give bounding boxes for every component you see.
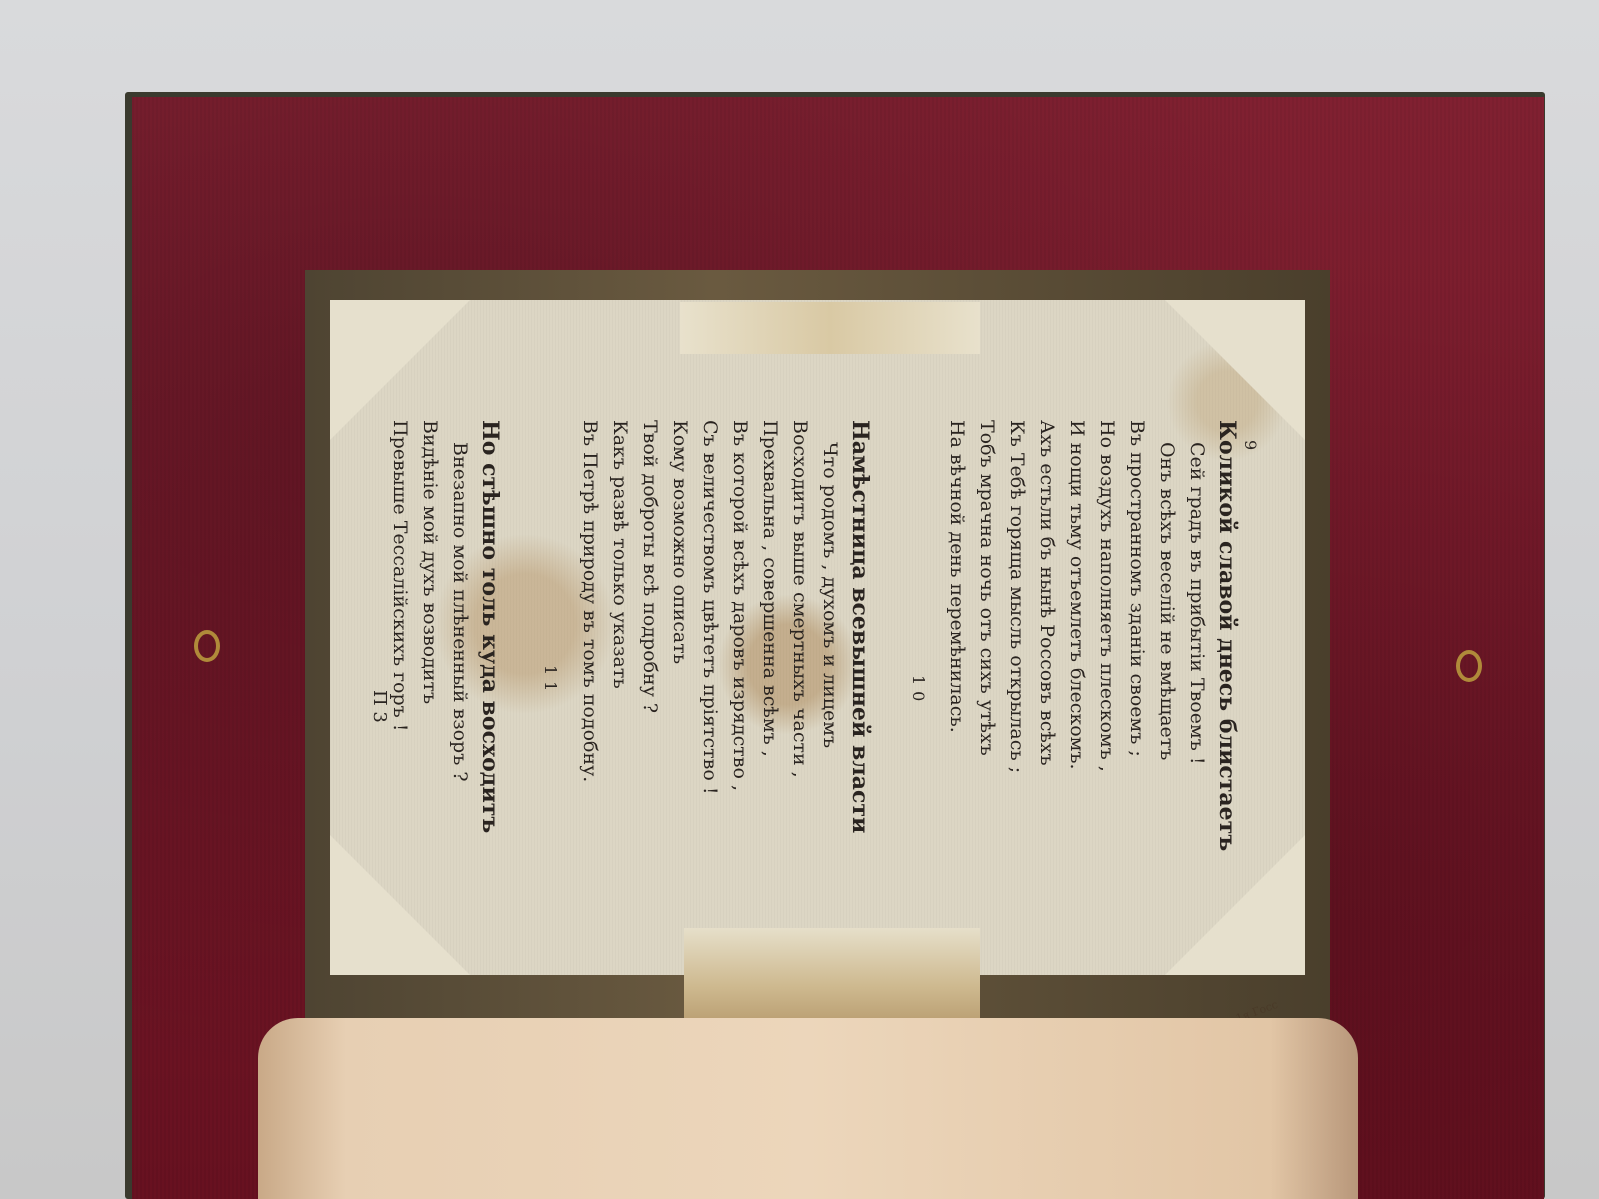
page-number: 9: [1241, 440, 1260, 456]
page-marker-10: 10: [909, 675, 928, 707]
verse-line: Коликой славой днесь блистаетъ: [1212, 420, 1242, 851]
verse-line: Ахъ естьли бъ нынѣ Россовъ всѣхъ: [1032, 420, 1062, 851]
signature-mark: П 3: [369, 690, 390, 723]
page-number: 11: [541, 665, 560, 697]
verse-line: Въ Петрѣ природу въ томъ подобну.: [575, 420, 605, 833]
verse-line: Онъ всѣхъ веселій не вмѣщаетъ: [1152, 420, 1182, 851]
verse-line: Но воздухъ наполняетъ плескомъ ,: [1092, 420, 1122, 851]
verse-line: Намѣстница всевышней власти: [845, 420, 875, 833]
verse-line: Внезапно мой плѣненный взоръ ?: [445, 420, 475, 833]
brass-hook-icon: [1456, 650, 1482, 682]
brass-hook-icon: [194, 630, 220, 662]
stanza-3: Но стѣшно толь куда восходитъ Внезапно м…: [385, 420, 505, 833]
page-number: 10: [909, 675, 928, 707]
verse-line: Съ величествомъ цвѣтетъ пріятство !: [695, 420, 725, 833]
verse-line: Что родомъ , духомъ и лицемъ: [815, 420, 845, 833]
stanza-1: Коликой славой днесь блистаетъ Сей градъ…: [942, 420, 1242, 851]
verse-line: На вѣчной день перемѣнилась.: [942, 420, 972, 851]
verse-line: Какъ развѣ только указать: [605, 420, 635, 833]
stanza-2: Намѣстница всевышней власти Что родомъ ,…: [575, 420, 875, 833]
verse-line: Сей градъ въ прибытіи Твоемъ !: [1182, 420, 1212, 851]
printed-text-area: 9 Коликой славой днесь блистаетъ Сей гра…: [330, 300, 1305, 975]
verse-line: Въ которой всѣхъ даровъ изрядство ,: [725, 420, 755, 833]
verse-line: Превыше Тессалійскихъ горъ !: [385, 420, 415, 833]
verse-line: Въ пространномъ зданіи своемъ ;: [1122, 420, 1152, 851]
page-marker-11: 11: [541, 665, 560, 697]
verse-line: Восходитъ выше смертныхъ части ,: [785, 420, 815, 833]
verse-line: И нощи тьму отъемлетъ блескомъ.: [1062, 420, 1092, 851]
page-marker-9: 9: [1241, 440, 1260, 456]
paper-roll: [258, 1018, 1358, 1199]
verse-line: Тобъ мрачна ночь отъ сихъ утѣхъ: [972, 420, 1002, 851]
verse-line: Прехвальна , совершенна всѣмъ ,: [755, 420, 785, 833]
verse-line: Къ Тебѣ горяща мысль открылась ;: [1002, 420, 1032, 851]
verse-line: Твой доброты всѣ подробну ?: [635, 420, 665, 833]
verse-line: Видѣніе мой духъ возводитъ: [415, 420, 445, 833]
verse-line: Но стѣшно толь куда восходитъ: [475, 420, 505, 833]
verse-line: Кому возможно описать: [665, 420, 695, 833]
